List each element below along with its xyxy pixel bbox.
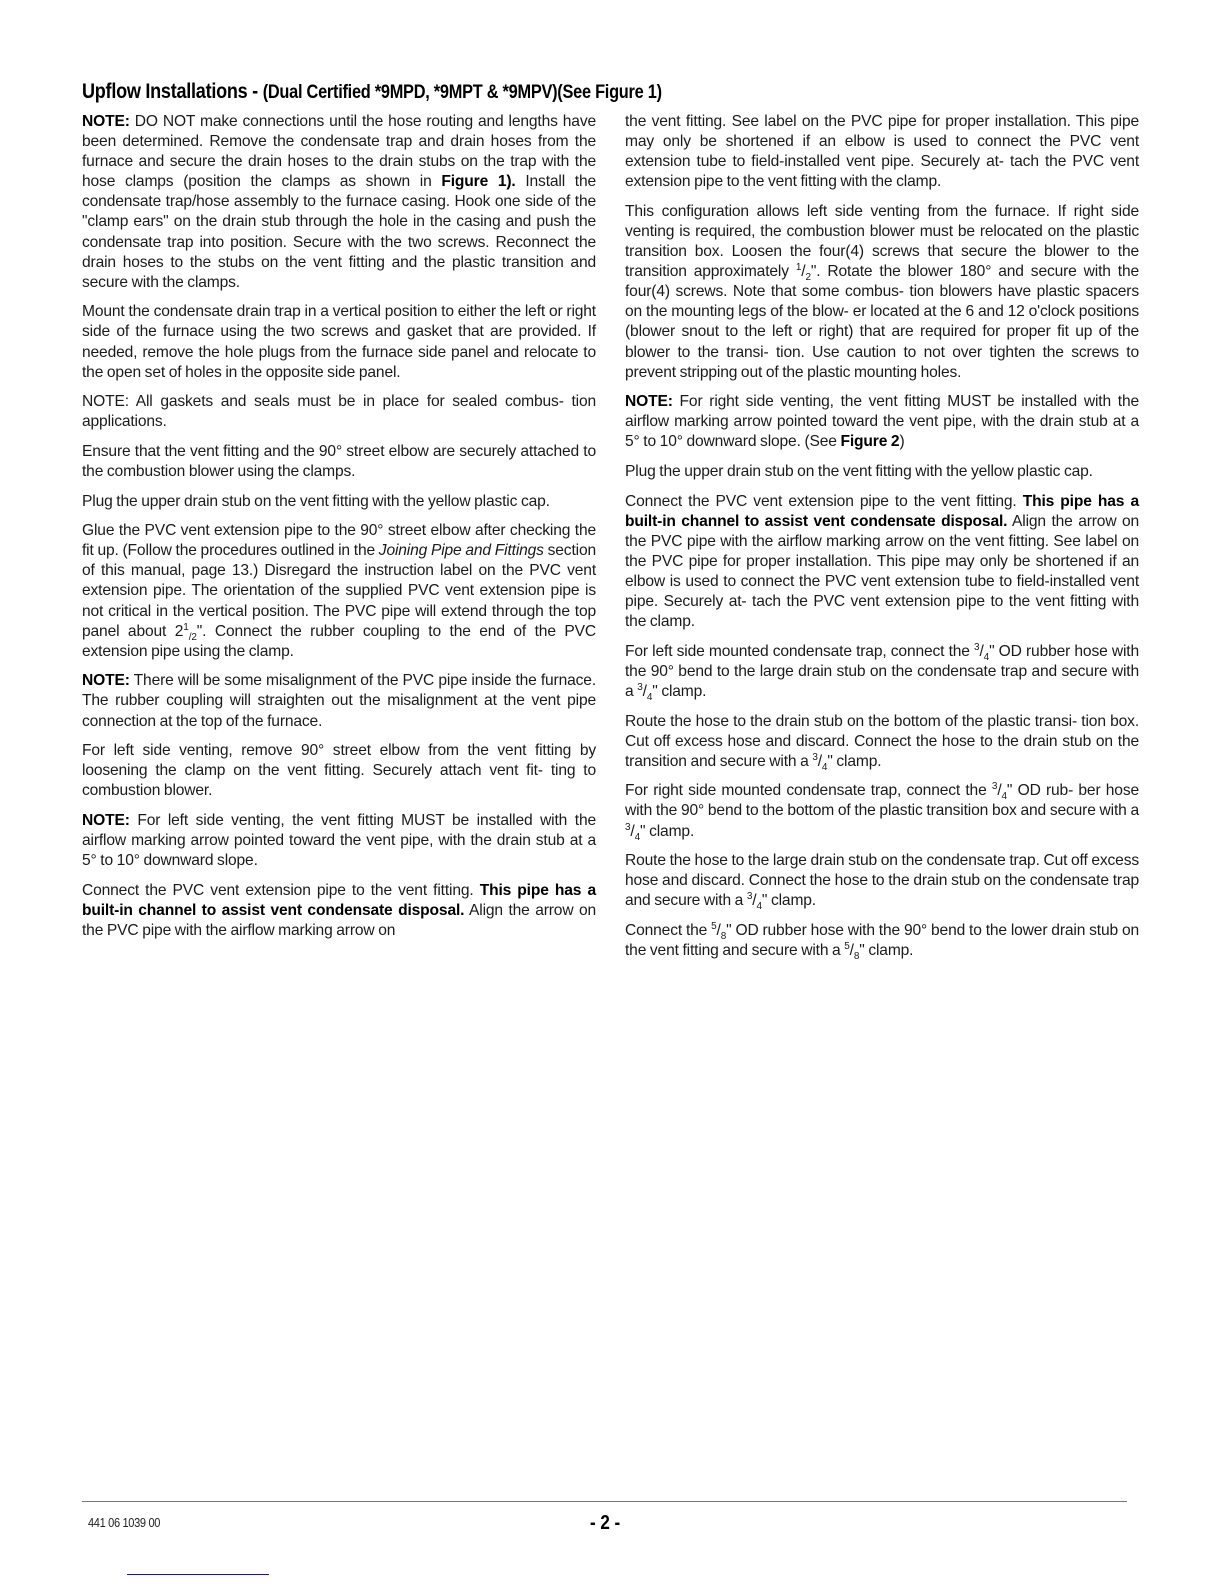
text-run: Connect the PVC vent extension pipe to t… [625, 493, 1023, 510]
link-underline[interactable] [127, 1574, 269, 1575]
text-run: Plug the upper drain stub on the vent fi… [82, 493, 550, 510]
paragraph: Connect the PVC vent extension pipe to t… [625, 492, 1139, 633]
text-run: " clamp. [762, 892, 816, 909]
paragraph: Mount the condensate drain trap in a ver… [82, 302, 596, 382]
text-run: Install the condensate trap/hose assembl… [82, 173, 596, 290]
page-heading: Upflow Installations - (Dual Certified *… [82, 80, 662, 104]
text-run: Connect the PVC vent extension pipe to t… [82, 882, 480, 899]
paragraph: NOTE: For left side venting, the vent fi… [82, 811, 596, 871]
paragraph: Ensure that the vent fitting and the 90°… [82, 442, 596, 482]
text-run: ) [899, 433, 904, 450]
fraction-part: /2 [189, 632, 197, 643]
footer-divider [82, 1501, 1127, 1502]
text-run: ". Rotate the blower 180° and secure wit… [625, 263, 1139, 380]
document-number: 441 06 1039 00 [88, 1515, 160, 1530]
bold-text: NOTE: [82, 672, 130, 689]
text-run: For right side mounted condensate trap, … [625, 782, 992, 799]
bold-text: NOTE: [82, 113, 130, 130]
text-run: " clamp. [827, 753, 881, 770]
text-run: " clamp. [859, 942, 913, 959]
paragraph: Plug the upper drain stub on the vent fi… [82, 492, 596, 512]
text-run: Connect the [625, 922, 711, 939]
text-run: For left side venting, the vent fitting … [82, 812, 596, 869]
left-column: NOTE: DO NOT make connections until the … [82, 112, 596, 950]
paragraph: For right side mounted condensate trap, … [625, 781, 1139, 841]
page-number: - 2 - [590, 1512, 620, 1535]
text-run: For left side mounted condensate trap, c… [625, 643, 974, 660]
bold-text: Figure 1). [441, 173, 515, 190]
paragraph: NOTE: DO NOT make connections until the … [82, 112, 596, 293]
paragraph: Glue the PVC vent extension pipe to the … [82, 521, 596, 662]
paragraph: Connect the 5/8" OD rubber hose with the… [625, 921, 1139, 961]
bold-text: Figure 2 [840, 433, 899, 450]
paragraph: NOTE: All gaskets and seals must be in p… [82, 392, 596, 432]
text-run: the vent fitting. See label on the PVC p… [625, 113, 1139, 190]
bold-text: NOTE: [625, 393, 673, 410]
text-run: Ensure that the vent fitting and the 90°… [82, 443, 596, 480]
italic-text: Joining Pipe and Fittings [379, 542, 544, 559]
paragraph: Route the hose to the large drain stub o… [625, 851, 1139, 911]
heading-subtitle: (Dual Certified *9MPD, *9MPT & *9MPV)(Se… [263, 82, 662, 103]
paragraph: This configuration allows left side vent… [625, 202, 1139, 383]
text-run: NOTE: All gaskets and seals must be in p… [82, 393, 596, 430]
paragraph: the vent fitting. See label on the PVC p… [625, 112, 1139, 192]
text-run: Route the hose to the drain stub on the … [625, 713, 1139, 770]
paragraph: For left side venting, remove 90° street… [82, 741, 596, 801]
paragraph: For left side mounted condensate trap, c… [625, 642, 1139, 702]
text-run: Align the arrow on the PVC pipe with the… [625, 513, 1139, 630]
text-run: Route the hose to the large drain stub o… [625, 852, 1139, 909]
paragraph: Plug the upper drain stub on the vent fi… [625, 462, 1139, 482]
text-run: " clamp. [652, 683, 706, 700]
paragraph: Route the hose to the drain stub on the … [625, 712, 1139, 772]
text-run: Mount the condensate drain trap in a ver… [82, 303, 596, 380]
text-run: For left side venting, remove 90° street… [82, 742, 596, 799]
heading-title: Upflow Installations - [82, 80, 263, 103]
paragraph: NOTE: There will be some misalignment of… [82, 671, 596, 731]
text-run: " clamp. [640, 823, 694, 840]
paragraph: Connect the PVC vent extension pipe to t… [82, 881, 596, 941]
right-column: the vent fitting. See label on the PVC p… [625, 112, 1139, 971]
text-run: Plug the upper drain stub on the vent fi… [625, 463, 1093, 480]
bold-text: NOTE: [82, 812, 130, 829]
paragraph: NOTE: For right side venting, the vent f… [625, 392, 1139, 452]
text-run: There will be some misalignment of the P… [82, 672, 596, 729]
